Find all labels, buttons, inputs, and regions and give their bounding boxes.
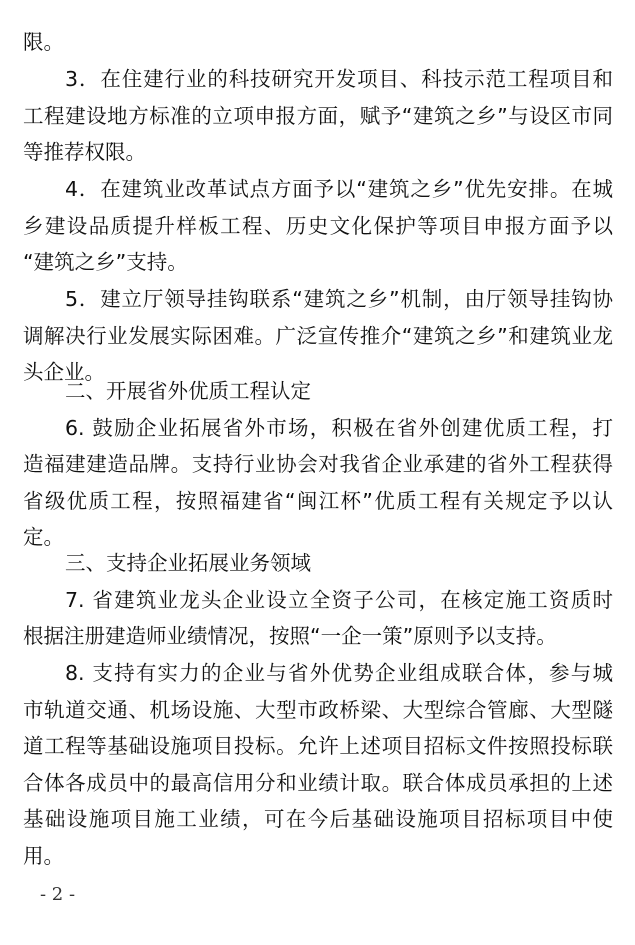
text-line: 限。 (23, 24, 613, 60)
text-line: 造福建建造品牌。支持行业协会对我省企业承建的省外工程获得 (23, 446, 613, 482)
text-line: 根据注册建造师业绩情况，按照“一企一策”原则予以支持。 (23, 618, 613, 654)
text-line: 3．在住建行业的科技研究开发项目、科技示范工程项目和 (65, 61, 613, 97)
text-line: 调解决行业发展实际困难。广泛宣传推介“建筑之乡”和建筑业龙 (23, 318, 613, 354)
text-line: 市轨道交通、机场设施、大型市政桥梁、大型综合管廊、大型隧 (23, 692, 613, 728)
text-line: 合体各成员中的最高信用分和业绩计取。联合体成员承担的上述 (23, 765, 613, 801)
text-line: 5．建立厅领导挂钩联系“建筑之乡”机制，由厅领导挂钩协 (65, 281, 613, 317)
text-line: 7. 省建筑业龙头企业设立全资子公司，在核定施工资质时 (65, 582, 613, 618)
text-line: 用。 (23, 838, 613, 874)
text-line: 8. 支持有实力的企业与省外优势企业组成联合体，参与城 (65, 655, 613, 691)
text-line: 基础设施项目施工业绩，可在今后基础设施项目招标项目中使 (23, 801, 613, 837)
text-line: 6. 鼓励企业拓展省外市场，积极在省外创建优质工程，打 (65, 410, 613, 446)
text-line: 4．在建筑业改革试点方面予以“建筑之乡”优先安排。在城 (65, 171, 613, 207)
section-heading: 二、开展省外优质工程认定 (65, 373, 613, 409)
text-line: 等推荐权限。 (23, 134, 613, 170)
text-line: “建筑之乡”支持。 (23, 244, 613, 280)
text-line: 乡建设品质提升样板工程、历史文化保护等项目申报方面予以 (23, 208, 613, 244)
page-number: - 2 - (40, 882, 75, 908)
text-line: 道工程等基础设施项目投标。允许上述项目招标文件按照投标联 (23, 728, 613, 764)
document-page: 限。 3．在住建行业的科技研究开发项目、科技示范工程项目和 工程建设地方标准的立… (0, 0, 635, 945)
section-heading: 三、支持企业拓展业务领域 (65, 545, 613, 581)
text-line: 省级优质工程，按照福建省“闽江杯”优质工程有关规定予以认 (23, 483, 613, 519)
text-line: 工程建设地方标准的立项申报方面，赋予“建筑之乡”与设区市同 (23, 98, 613, 134)
